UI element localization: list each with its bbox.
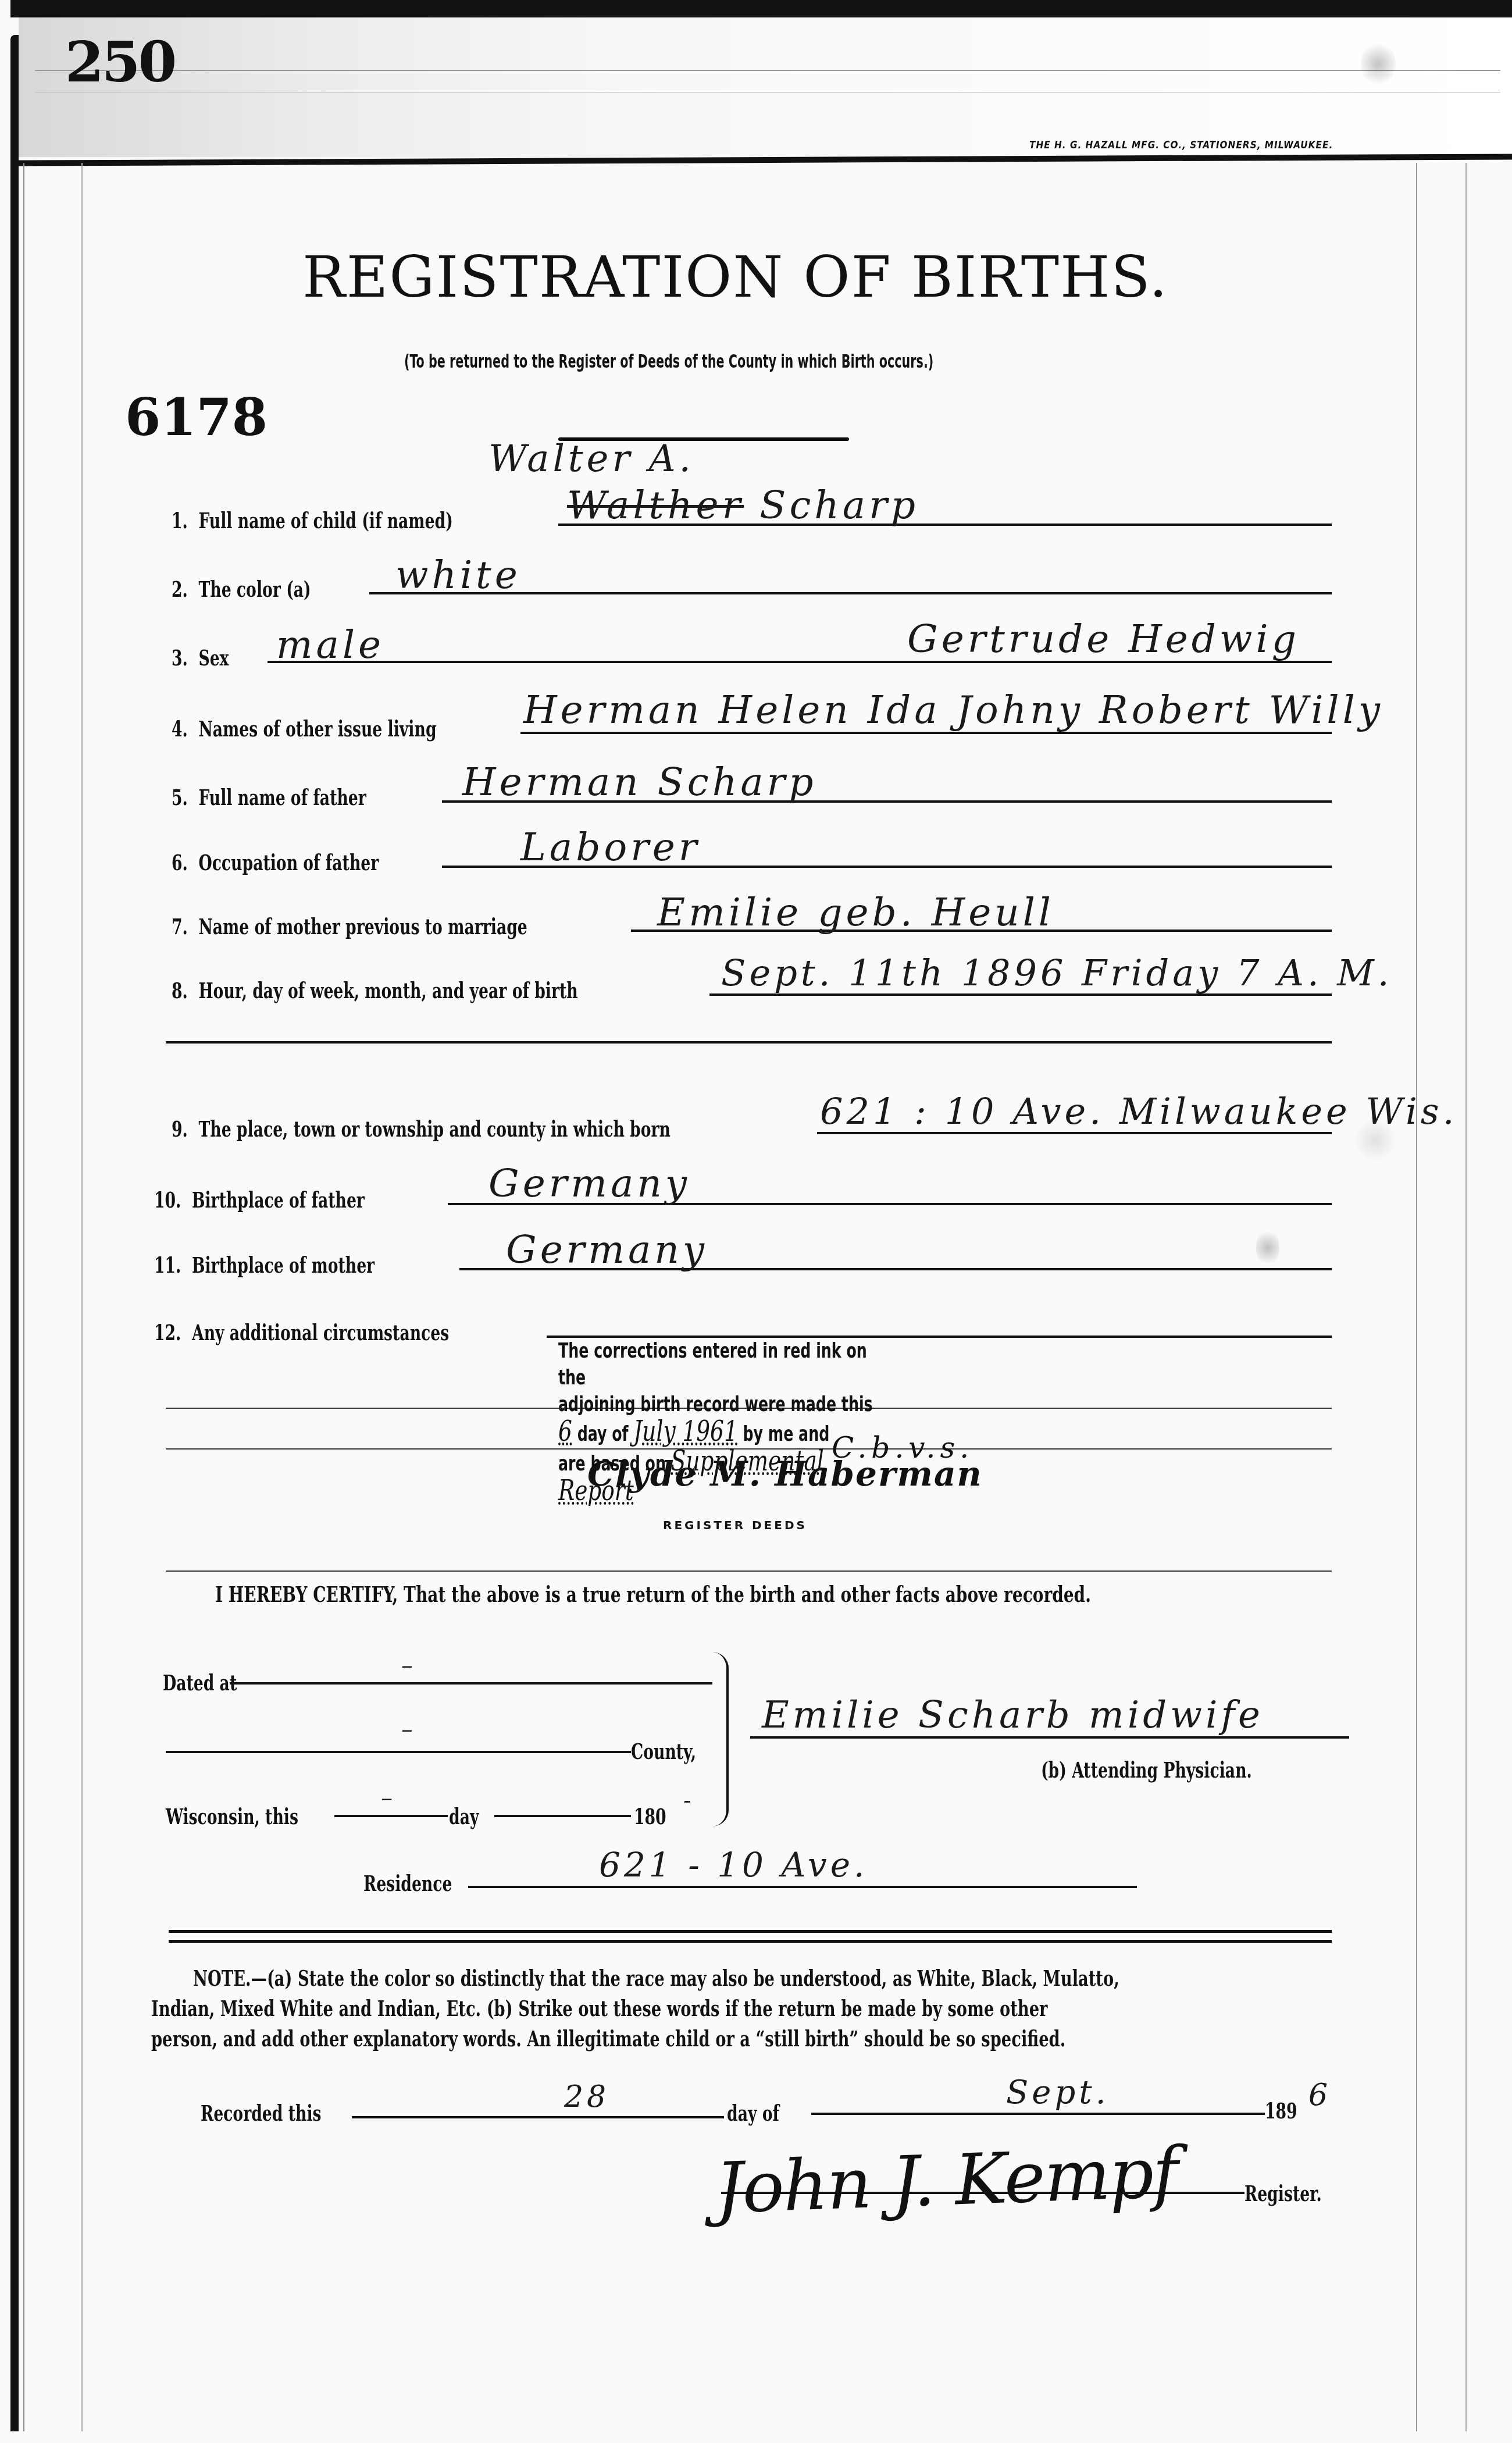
wisconsin-this-label: Wisconsin, this (166, 1803, 298, 1829)
header-rule (35, 70, 1500, 71)
dated-at-line (230, 1682, 712, 1685)
field-3-value: male (276, 622, 384, 667)
scan-border-top (10, 0, 1512, 17)
margin-line (1465, 163, 1467, 2431)
dated-at-value: – (401, 1652, 416, 1679)
register-signature: John J. Kempf (714, 2132, 1179, 2230)
certification-statement: I HEREBY CERTIFY, That the above is a tr… (215, 1581, 1091, 1607)
recorded-month-line (811, 2113, 1265, 2115)
scan-border-left (10, 35, 19, 2431)
field-7-value: Emilie geb. Heull (657, 890, 1054, 935)
attendant-label: (b) Attending Physician. (1041, 1757, 1252, 1783)
recorded-day-line (352, 2116, 724, 2118)
section-divider (166, 1570, 1332, 1572)
dated-at-label: Dated at (163, 1669, 237, 1696)
margin-line (1416, 163, 1417, 2431)
recorded-this-label: Recorded this (201, 2100, 322, 2126)
field-5-value: Herman Scharp (462, 760, 816, 804)
cert-month-line (494, 1815, 631, 1817)
field-11-value: Germany (506, 1227, 708, 1272)
scan-blemish (1355, 1117, 1396, 1163)
stationer-imprint: THE H. G. HAZALL MFG. CO., STATIONERS, M… (1029, 140, 1333, 151)
note-text: NOTE.—(a) State the color so distinctly … (151, 1963, 1175, 2054)
residence-label: Residence (363, 1870, 452, 1896)
cert-day-line (334, 1815, 448, 1817)
field-4-continuation: Gertrude Hedwig (907, 617, 1300, 661)
field-6-value: Laborer (520, 825, 700, 870)
field-2-label: 2. The color (a) (172, 576, 311, 602)
residence-line (468, 1886, 1137, 1888)
field-8-extra-line (166, 1041, 1332, 1044)
cert-year-suffix: - (683, 1787, 695, 1814)
header-rule (35, 92, 1500, 92)
signature-suffix: C.b.v.s. (832, 1431, 973, 1465)
field-2-value: white (395, 553, 521, 597)
recorded-day-value: 28 (564, 2079, 609, 2114)
register-label: Register. (1244, 2180, 1322, 2206)
ledger-page-number: 250 (65, 29, 174, 95)
recorded-month-value: Sept. (1006, 2074, 1110, 2111)
field-5-label: 5. Full name of father (172, 784, 366, 810)
field-4-value: Herman Helen Ida Johny Robert Willy (523, 688, 1383, 732)
field-7-label: 7. Name of mother previous to marriage (172, 913, 527, 939)
county-value: – (401, 1716, 416, 1743)
cert-day-label: day (449, 1803, 479, 1829)
register-deeds-title: REGISTER DEEDS (663, 1518, 807, 1532)
county-label: County, (631, 1738, 696, 1764)
recorded-year-prefix: 189 (1265, 2097, 1297, 2124)
field-12-label: 12. Any additional circumstances (154, 1319, 449, 1345)
field-1-label: 1. Full name of child (if named) (172, 507, 453, 533)
margin-line (81, 163, 83, 2431)
double-rule-divider (169, 1930, 1332, 1943)
field-10-label: 10. Birthplace of father (154, 1187, 365, 1213)
field-4-label: 4. Names of other issue living (172, 715, 437, 742)
scan-blemish (1256, 1227, 1279, 1268)
attendant-signature: Emilie Scharb midwife (762, 1694, 1264, 1737)
field-10-value: Germany (488, 1161, 690, 1206)
recorded-year-suffix: 6 (1308, 2078, 1331, 2113)
field-11-label: 11. Birthplace of mother (154, 1252, 375, 1278)
document-title: REGISTRATION OF BIRTHS. (302, 244, 1168, 311)
margin-line (23, 163, 24, 2431)
record-number: 6178 (125, 387, 268, 447)
child-name-correction: Walter A. (488, 437, 694, 480)
document-subtitle: (To be returned to the Register of Deeds… (404, 350, 933, 372)
county-line (166, 1751, 631, 1753)
field-8-value: Sept. 11th 1896 Friday 7 A. M. (721, 952, 1393, 994)
field-3-label: 3. Sex (172, 644, 229, 671)
recorded-day-of-label: day of (727, 2100, 779, 2126)
ledger-header-band (19, 17, 1512, 157)
scan-blemish (1361, 41, 1396, 87)
residence-value: 621 - 10 Ave. (599, 1845, 868, 1885)
field-9-label: 9. The place, town or township and count… (172, 1116, 671, 1142)
field-1-value: Walther Scharp (567, 483, 919, 528)
cert-year-prefix: 180 (634, 1803, 666, 1829)
birth-registration-page: 250 THE H. G. HAZALL MFG. CO., STATIONER… (0, 0, 1512, 2443)
brace-mark (712, 1652, 729, 1826)
cert-day-value: – (381, 1785, 396, 1811)
field-8-label: 8. Hour, day of week, month, and year of… (172, 977, 578, 1003)
field-6-label: 6. Occupation of father (172, 849, 379, 875)
